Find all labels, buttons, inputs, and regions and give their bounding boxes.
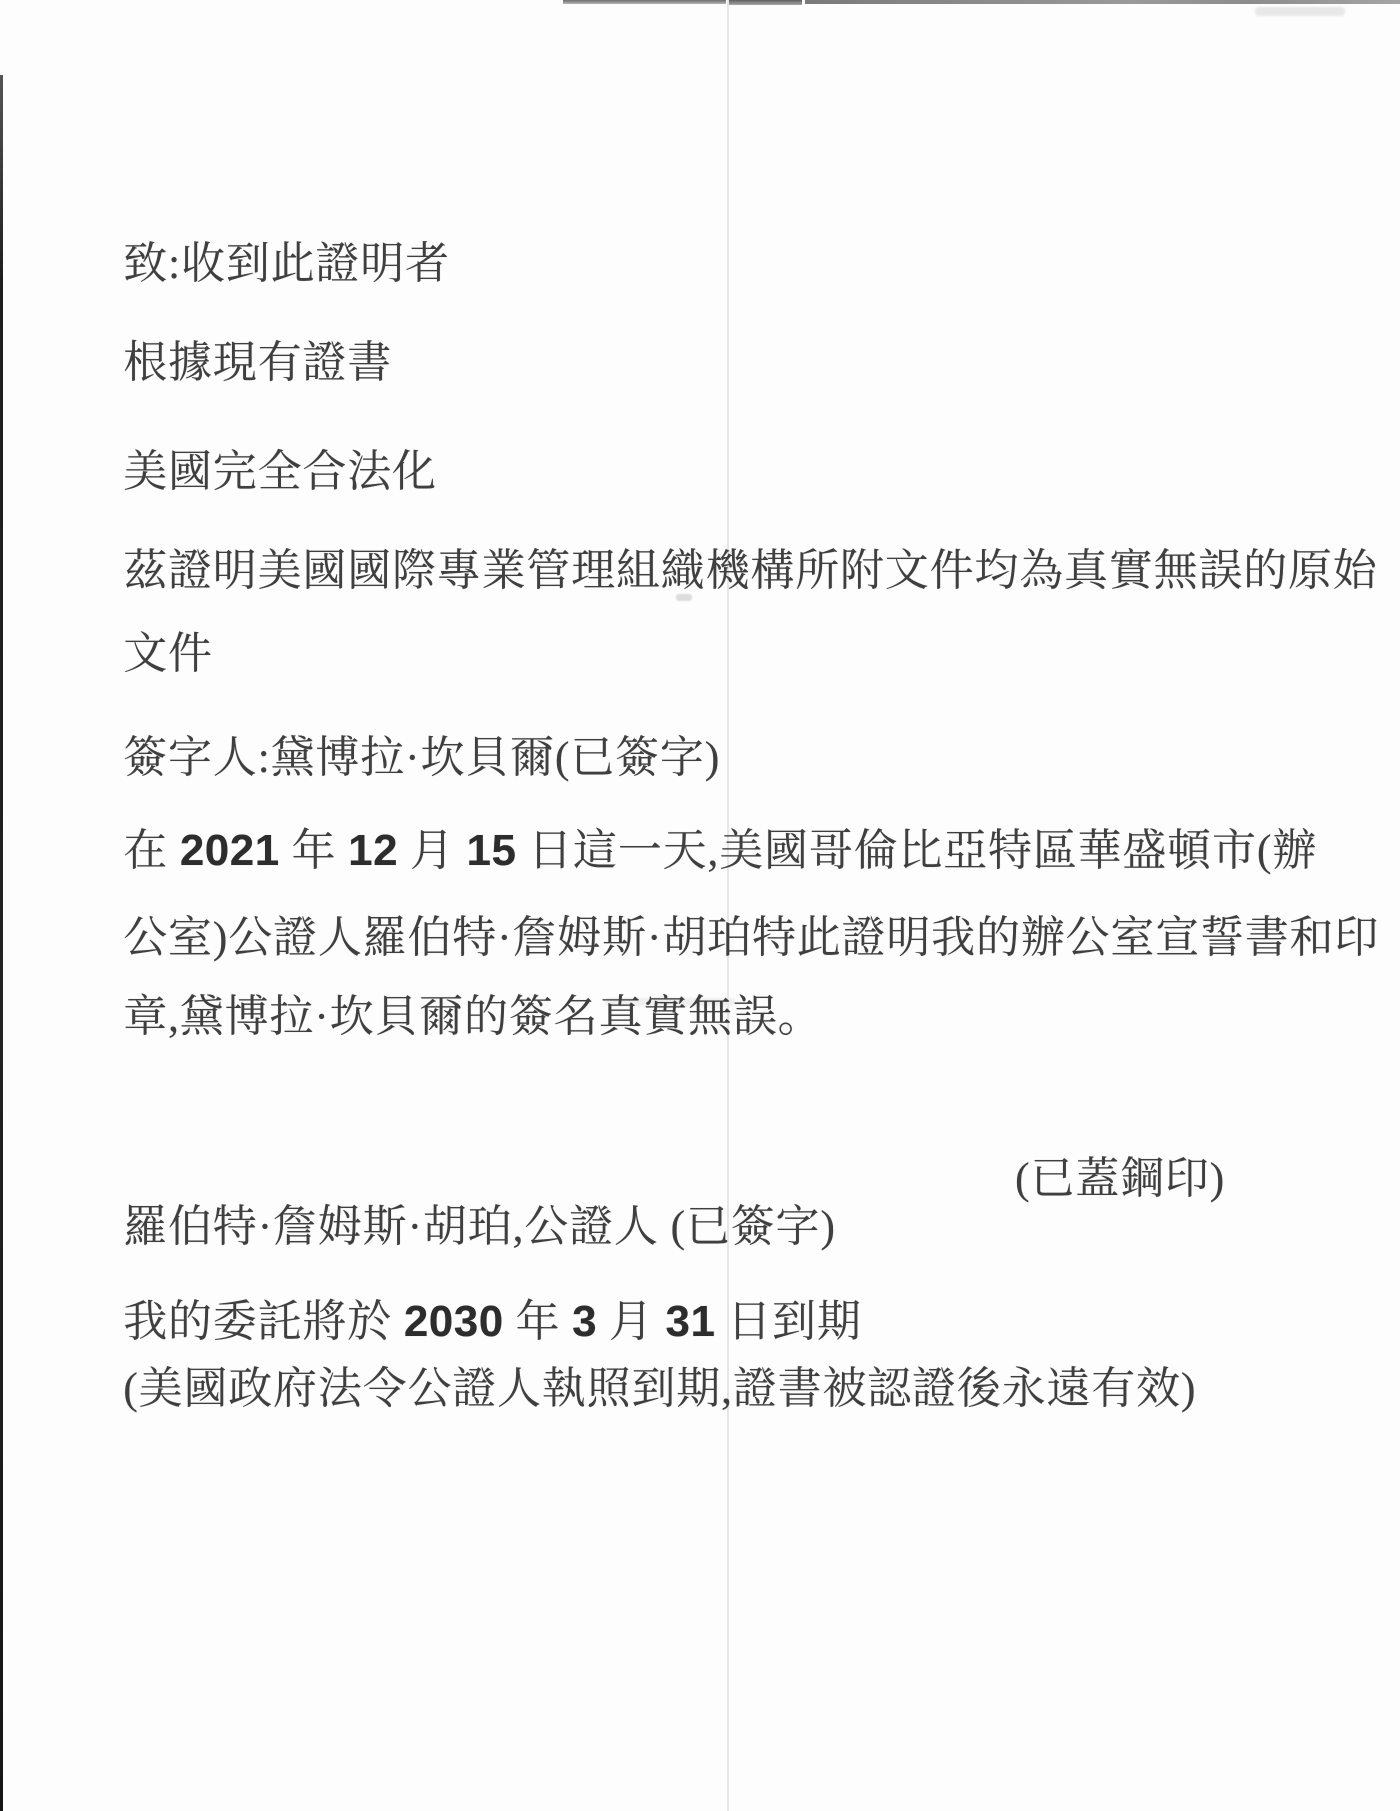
scan-artifact-top-strip [805,0,1400,4]
scan-artifact-left-edge-line [0,75,3,1811]
text-run: 羅伯特·詹姆斯·胡珀,公證人 (已簽字) [123,1202,836,1251]
line-commission-2: (美國政府法令公證人執照到期,證書被認證後永遠有效) [76,1317,1196,1460]
text-run: 根據現有證書 [123,338,392,387]
scan-artifact-smudge [1255,7,1345,16]
text-run: 茲證明美國國際專業管理組織機構所附文件均為真實無誤的原始 [123,546,1377,595]
scan-artifact-top-strip [729,0,802,5]
scan-artifact-top-strip [563,0,726,4]
line-notary-3: 章,黛博拉·坎貝爾的簽名真實無誤。 [76,945,822,1088]
line-certify-1: 茲證明美國國際專業管理組織機構所附文件均為真實無誤的原始 [76,499,1378,642]
stamp-note: (已蓋鋼印) [1015,1155,1225,1203]
text-run: 簽字人:黛博拉·坎貝爾(已簽字) [123,733,720,782]
text-run: 文件 [123,629,213,678]
scanned-document-page: 致:收到此證明者 根據現有證書 美國完全合法化 茲證明美國國際專業管理組織機構所… [0,0,1400,1811]
text-run: 美國完全合法化 [123,447,437,496]
text-run: 致:收到此證明者 [123,239,450,288]
text-run: 章,黛博拉·坎貝爾的簽名真實無誤。 [123,992,822,1041]
text-run: (美國政府法令公證人執照到期,證書被認證後永遠有效) [123,1364,1196,1413]
